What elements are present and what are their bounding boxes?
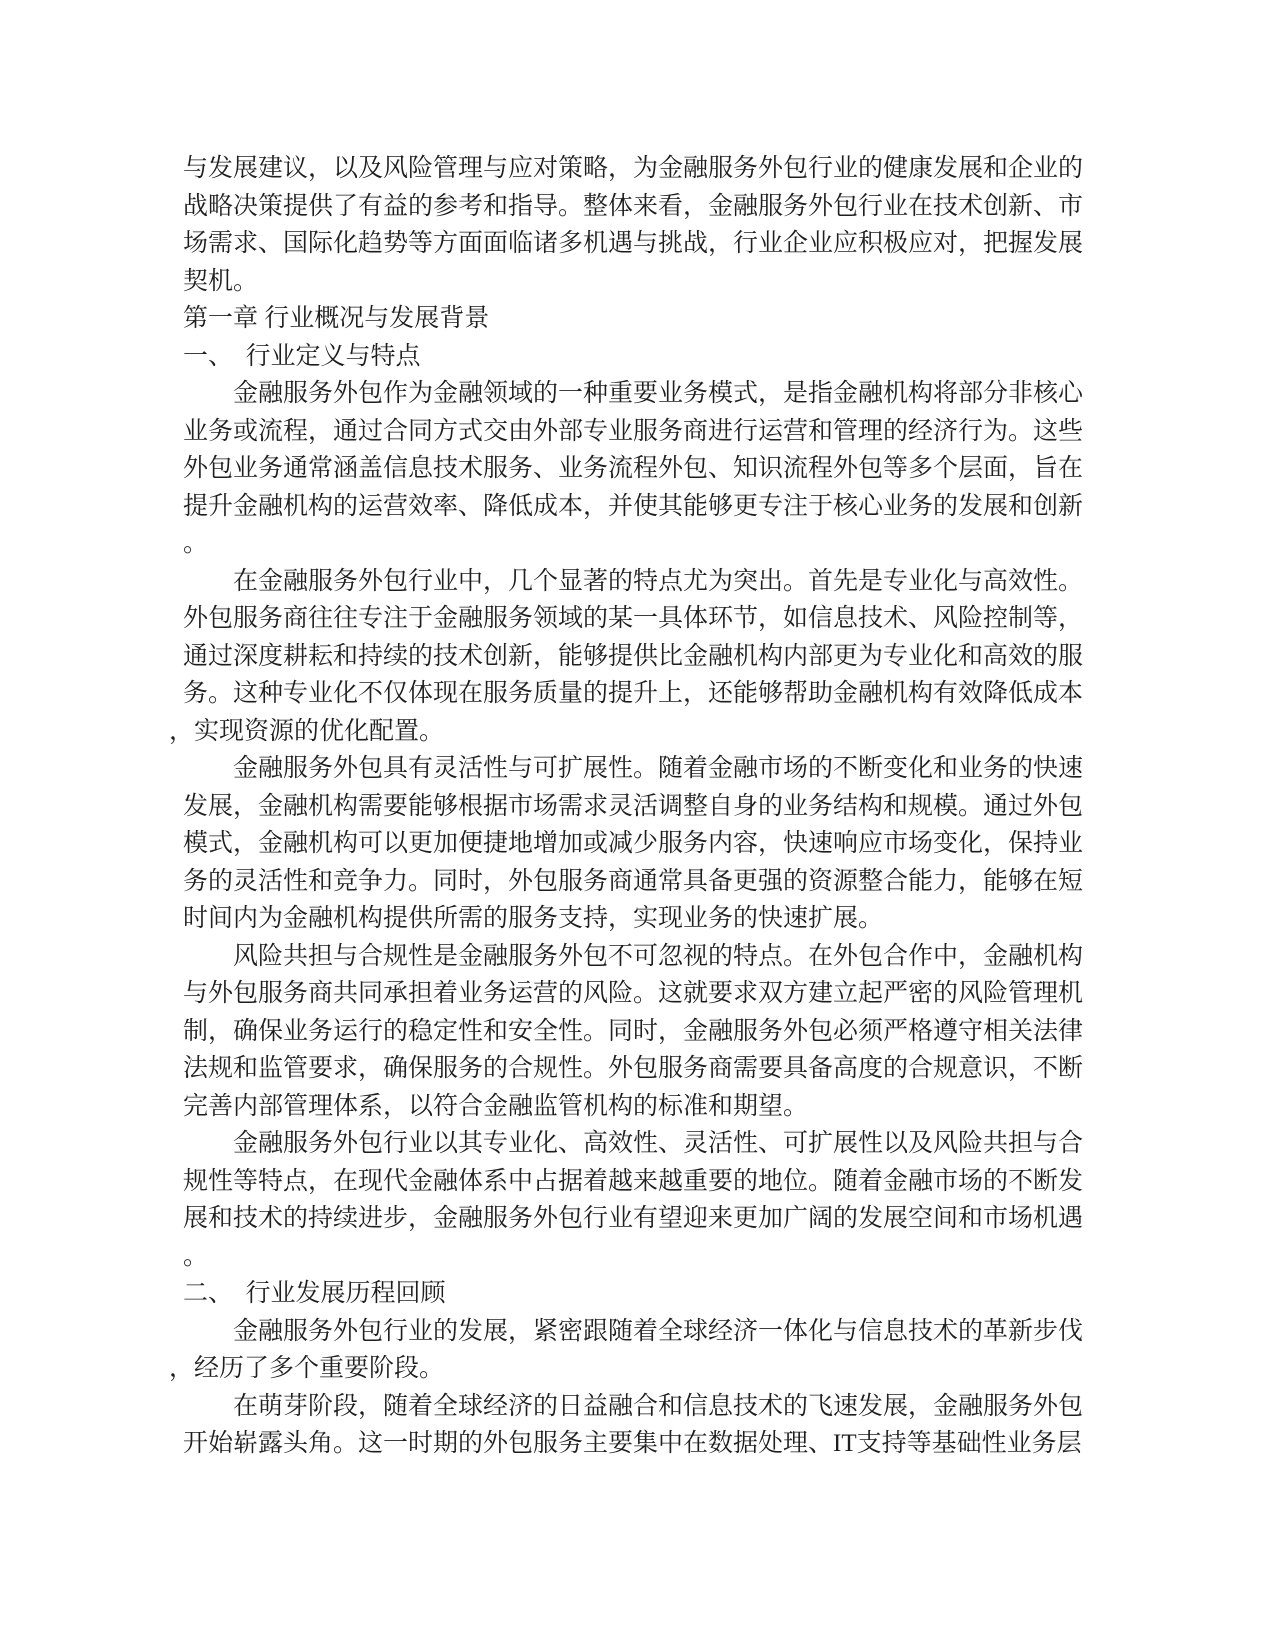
text-line: 时间内为金融机构提供所需的服务支持，实现业务的快速扩展。 (183, 900, 1088, 938)
text-line: 与发展建议，以及风险管理与应对策略，为金融服务外包行业的健康发展和企业的 (183, 150, 1088, 188)
text-line: 二、 行业发展历程回顾 (183, 1275, 1088, 1313)
text-line: 金融服务外包行业的发展，紧密跟随着全球经济一体化与信息技术的革新步伐 (183, 1313, 1088, 1351)
text-line: 一、 行业定义与特点 (183, 338, 1088, 376)
text-line: 。 (183, 1238, 1088, 1276)
document-page: 与发展建议，以及风险管理与应对策略，为金融服务外包行业的健康发展和企业的战略决策… (0, 0, 1275, 1650)
text-line: 在金融服务外包行业中，几个显著的特点尤为突出。首先是专业化与高效性。 (183, 563, 1088, 601)
text-line: 金融服务外包具有灵活性与可扩展性。随着金融市场的不断变化和业务的快速 (183, 750, 1088, 788)
text-line: 法规和监管要求，确保服务的合规性。外包服务商需要具备高度的合规意识，不断 (183, 1050, 1088, 1088)
text-line: 场需求、国际化趋势等方面面临诸多机遇与挑战，行业企业应积极应对，把握发展 (183, 225, 1088, 263)
text-line: 通过深度耕耘和持续的技术创新，能够提供比金融机构内部更为专业化和高效的服 (183, 638, 1088, 676)
text-line: 发展，金融机构需要能够根据市场需求灵活调整自身的业务结构和规模。通过外包 (183, 788, 1088, 826)
text-line: 务。这种专业化不仅体现在服务质量的提升上，还能够帮助金融机构有效降低成本 (183, 675, 1088, 713)
text-line: 提升金融机构的运营效率、降低成本，并使其能够更专注于核心业务的发展和创新 (183, 488, 1088, 526)
text-line: 金融服务外包作为金融领域的一种重要业务模式，是指金融机构将部分非核心 (183, 375, 1088, 413)
document-body: 与发展建议，以及风险管理与应对策略，为金融服务外包行业的健康发展和企业的战略决策… (183, 150, 1088, 1463)
text-line: ，经历了多个重要阶段。 (169, 1350, 1088, 1388)
text-line: 契机。 (183, 263, 1088, 301)
text-line: 战略决策提供了有益的参考和指导。整体来看，金融服务外包行业在技术创新、市 (183, 188, 1088, 226)
text-line: 模式，金融机构可以更加便捷地增加或减少服务内容，快速响应市场变化，保持业 (183, 825, 1088, 863)
text-line: 在萌芽阶段，随着全球经济的日益融合和信息技术的飞速发展，金融服务外包 (183, 1388, 1088, 1426)
text-line: 第一章 行业概况与发展背景 (183, 300, 1088, 338)
text-line: 完善内部管理体系，以符合金融监管机构的标准和期望。 (183, 1088, 1088, 1126)
text-line: 制，确保业务运行的稳定性和安全性。同时，金融服务外包必须严格遵守相关法律 (183, 1013, 1088, 1051)
text-line: 外包服务商往往专注于金融服务领域的某一具体环节，如信息技术、风险控制等， (183, 600, 1088, 638)
text-line: 务的灵活性和竞争力。同时，外包服务商通常具备更强的资源整合能力，能够在短 (183, 863, 1088, 901)
text-line: 开始崭露头角。这一时期的外包服务主要集中在数据处理、IT支持等基础性业务层 (183, 1425, 1088, 1463)
text-line: 规性等特点，在现代金融体系中占据着越来越重要的地位。随着金融市场的不断发 (183, 1163, 1088, 1201)
text-line: ，实现资源的优化配置。 (169, 713, 1088, 751)
text-line: 。 (183, 525, 1088, 563)
text-line: 与外包服务商共同承担着业务运营的风险。这就要求双方建立起严密的风险管理机 (183, 975, 1088, 1013)
text-line: 金融服务外包行业以其专业化、高效性、灵活性、可扩展性以及风险共担与合 (183, 1125, 1088, 1163)
text-line: 外包业务通常涵盖信息技术服务、业务流程外包、知识流程外包等多个层面，旨在 (183, 450, 1088, 488)
text-line: 风险共担与合规性是金融服务外包不可忽视的特点。在外包合作中，金融机构 (183, 938, 1088, 976)
text-line: 业务或流程，通过合同方式交由外部专业服务商进行运营和管理的经济行为。这些 (183, 413, 1088, 451)
text-line: 展和技术的持续进步，金融服务外包行业有望迎来更加广阔的发展空间和市场机遇 (183, 1200, 1088, 1238)
